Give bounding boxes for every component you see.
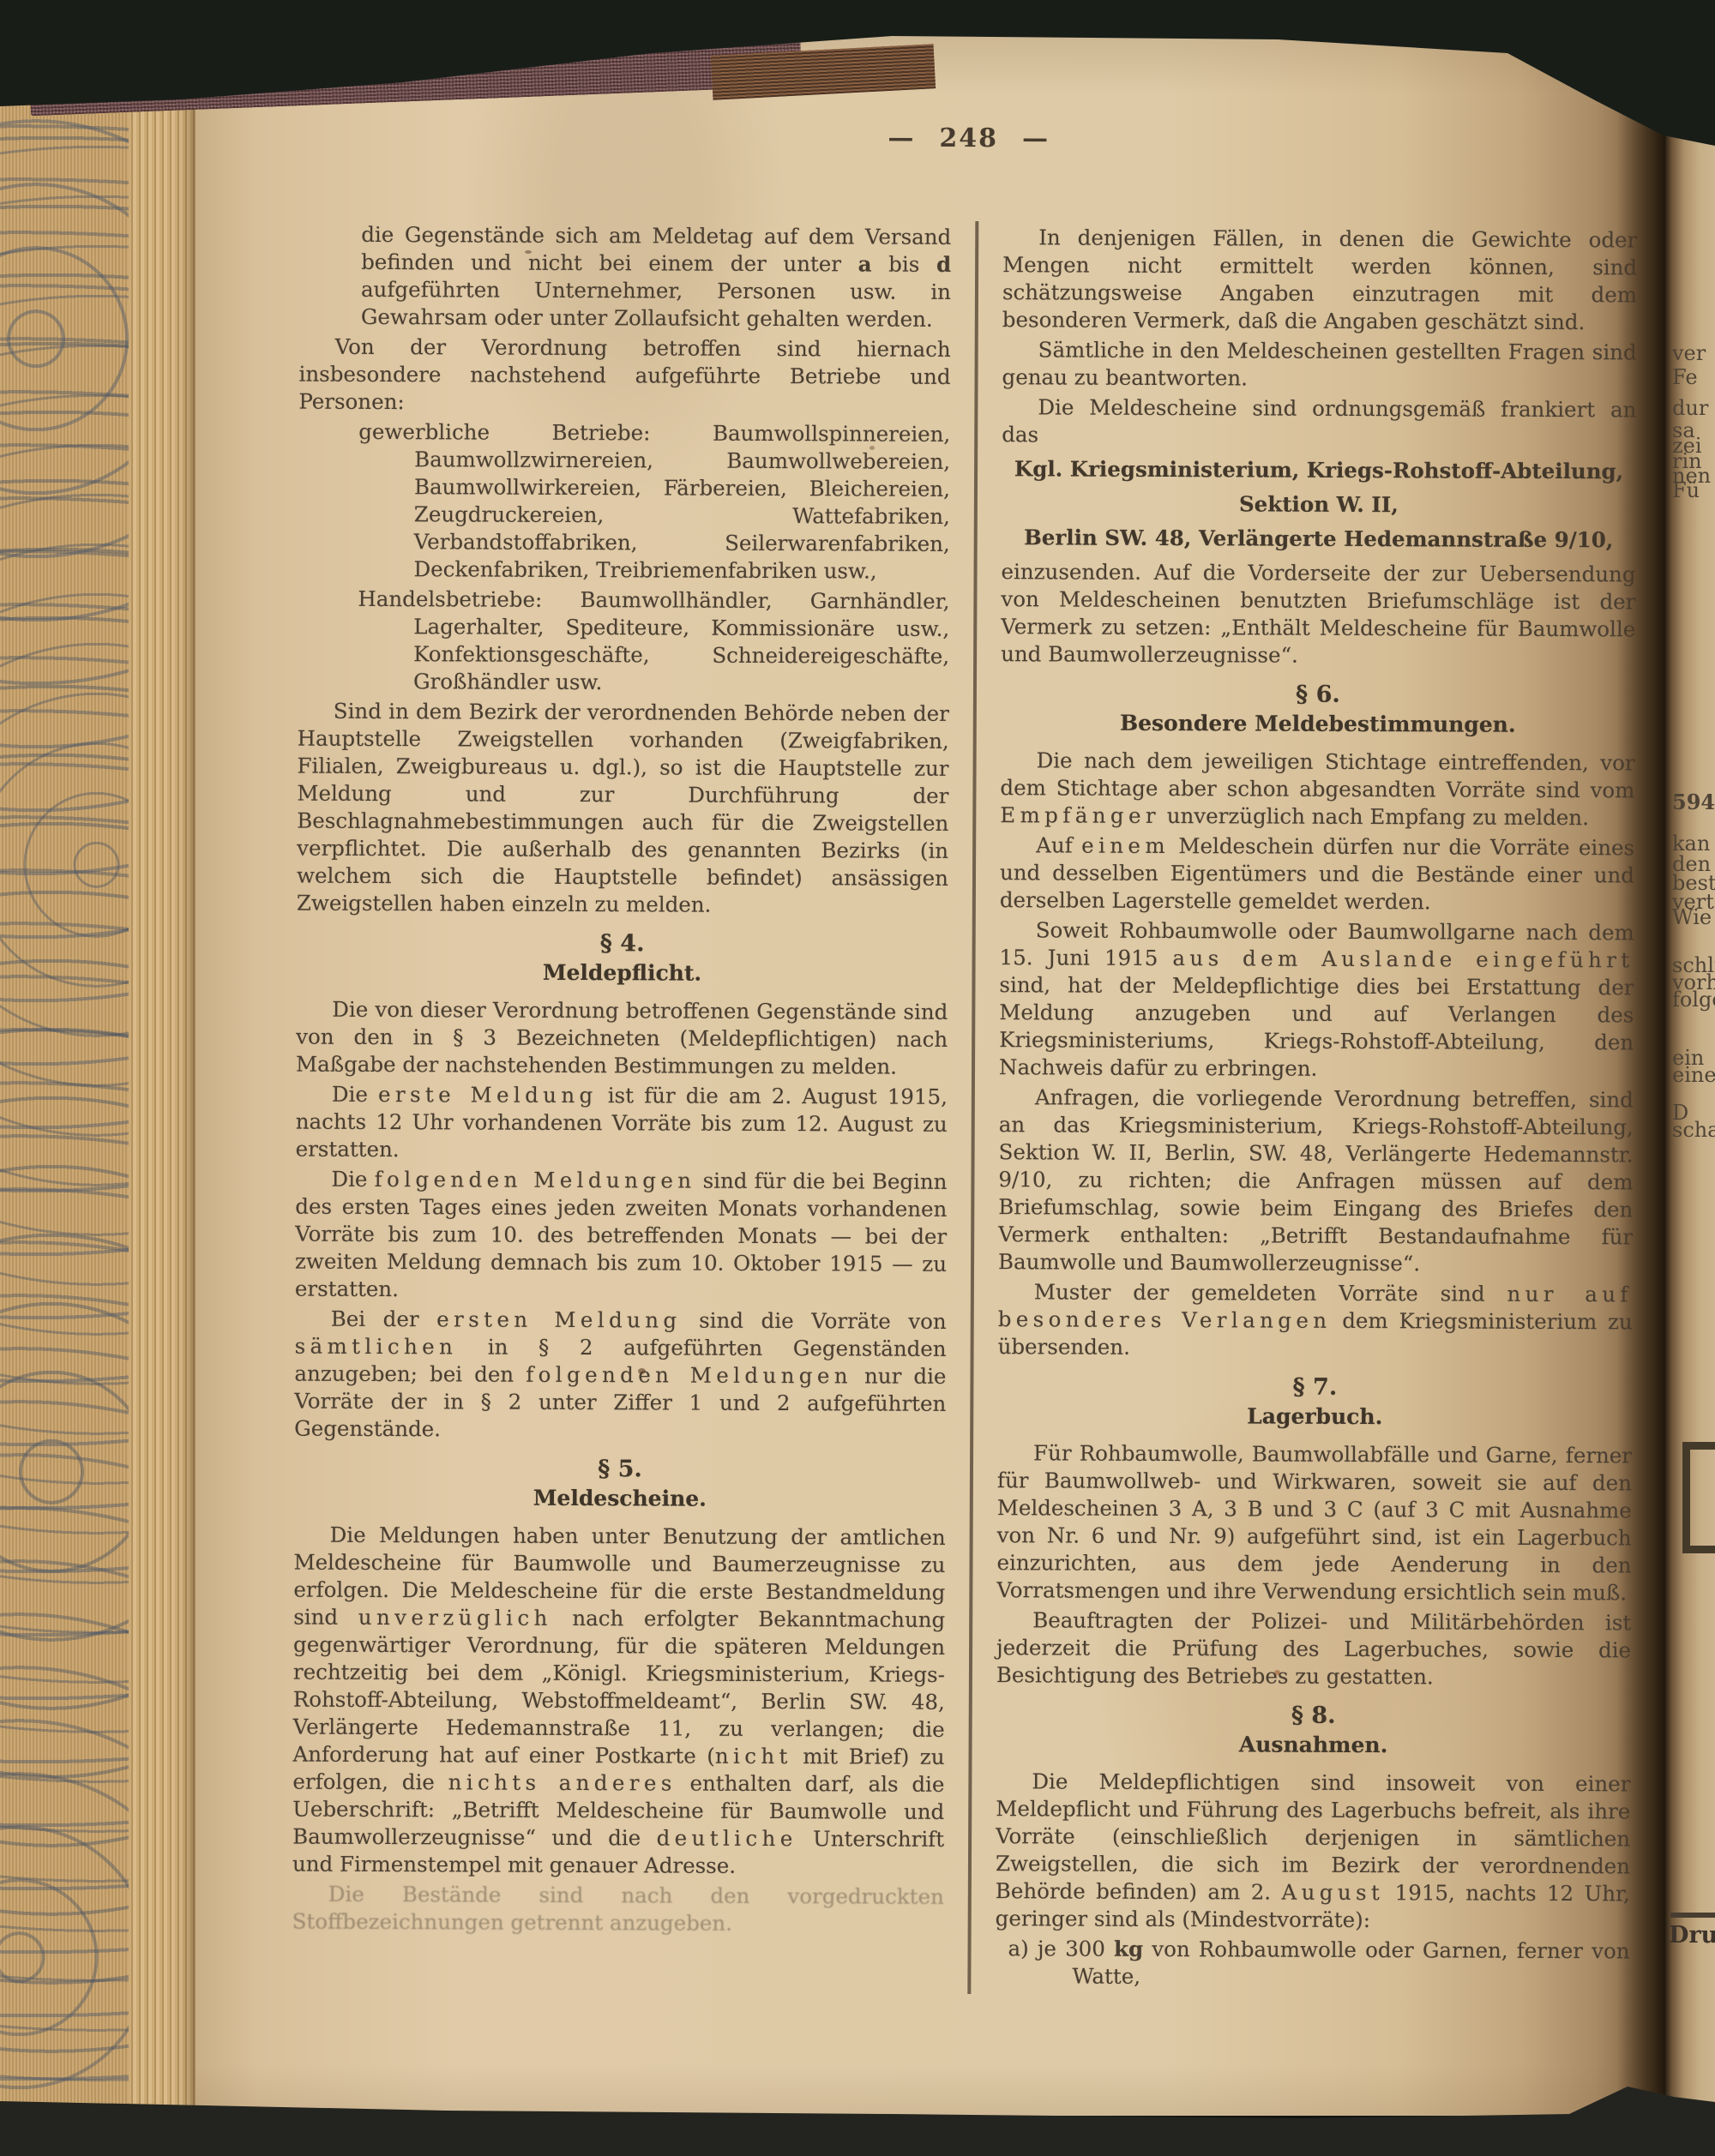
printer-imprint-rule bbox=[1670, 1913, 1715, 1918]
marbled-page-edges bbox=[0, 96, 129, 2119]
dust-speck bbox=[1274, 1670, 1280, 1675]
text-columns: die Gegenstände sich am Meldetag auf dem… bbox=[292, 219, 1637, 1996]
gutter-shadow bbox=[1617, 34, 1669, 2112]
paragraph: Handelsbetriebe: Baumwollhändler, Garnhä… bbox=[298, 586, 950, 698]
paragraph: die Gegenstände sich am Meldetag auf dem… bbox=[361, 221, 952, 333]
page-fold-strip bbox=[129, 101, 196, 2114]
next-page-text-fragment: folge bbox=[1672, 989, 1715, 1010]
section-title: Lagerbuch. bbox=[997, 1402, 1632, 1432]
paragraph: Die Meldungen haben unter Benutzung der … bbox=[292, 1522, 946, 1881]
next-page-text-fragment: Fü bbox=[1672, 480, 1700, 501]
page-header: —248— bbox=[300, 121, 1638, 157]
printer-imprint-fragment: Druc bbox=[1669, 1922, 1715, 1949]
paragraph: a) je 300 kg von Rohbaumwolle oder Garne… bbox=[995, 1935, 1629, 1992]
paragraph: Von der Verordnung betroffen sind hierna… bbox=[298, 333, 950, 418]
next-page-text-fragment: 594. bbox=[1672, 792, 1715, 813]
left-column: die Gegenstände sich am Meldetag auf dem… bbox=[292, 219, 951, 1992]
right-column: In denjenigen Fällen, in denen die Gewic… bbox=[995, 221, 1637, 1995]
header-dash-right: — bbox=[1010, 123, 1062, 153]
address-line: Kgl. Kriegsministerium, Kriegs-Rohstoff-… bbox=[1002, 455, 1636, 485]
paragraph: In denjenigen Fällen, in denen die Gewic… bbox=[1002, 224, 1638, 336]
section-number: § 5. bbox=[294, 1455, 946, 1485]
next-page-text-fragment: einer bbox=[1672, 1065, 1715, 1085]
dust-speck bbox=[638, 1368, 646, 1374]
section-number: § 8. bbox=[996, 1701, 1631, 1731]
paragraph: Muster der gemeldeten Vorräte sind nur a… bbox=[998, 1278, 1633, 1363]
paragraph: gewerbliche Betriebe: Baumwollspinnereie… bbox=[298, 418, 950, 586]
next-page-text-fragment: ver bbox=[1672, 343, 1706, 363]
paragraph: Die Bestände sind nach den vorgedruckten… bbox=[292, 1881, 944, 1938]
next-page-text-fragment: Wie bbox=[1672, 907, 1712, 928]
paragraph: Sind in dem Bezirk der verordnenden Behö… bbox=[297, 698, 949, 920]
dust-speck bbox=[870, 446, 875, 450]
address-line: Sektion W. II, bbox=[1002, 489, 1636, 519]
next-page-text-fragment: schaft bbox=[1672, 1120, 1715, 1140]
section-title: Ausnahmen. bbox=[996, 1730, 1631, 1760]
next-page-text-fragment: Fe bbox=[1672, 367, 1698, 387]
paragraph: einzusenden. Auf die Vorderseite der zur… bbox=[1001, 558, 1636, 670]
address-line: Berlin SW. 48, Verlängerte Hedemannstraß… bbox=[1002, 524, 1636, 554]
paragraph: Soweit Rohbaumwolle oder Baumwollgarne n… bbox=[999, 916, 1634, 1084]
paragraph: Die folgenden Meldungen sind für die bei… bbox=[295, 1166, 948, 1306]
paragraph: Die nach dem jeweiligen Stichtage eintre… bbox=[1000, 747, 1634, 832]
next-page-text-fragment: dur bbox=[1672, 398, 1708, 418]
paragraph: Auf einem Meldeschein dürfen nur die Vor… bbox=[1000, 832, 1634, 916]
paragraph: Anfragen, die vorliegende Verordnung bet… bbox=[998, 1084, 1634, 1278]
paragraph: Sämtliche in den Meldescheinen gestellte… bbox=[1002, 336, 1636, 393]
photo-backdrop: —248— die Gegenstände sich am Meldetag a… bbox=[0, 0, 1715, 2156]
paragraph: Die erste Meldung ist für die am 2. Augu… bbox=[296, 1081, 948, 1166]
page-content: —248— die Gegenstände sich am Meldetag a… bbox=[292, 32, 1639, 2119]
paragraph: Für Rohbaumwolle, Baumwollabfälle und Ga… bbox=[996, 1439, 1632, 1606]
section-title: Besondere Meldebestimmungen. bbox=[1001, 709, 1635, 739]
paragraph: Bei der ersten Meldung sind die Vorräte … bbox=[294, 1306, 947, 1445]
header-dash-left: — bbox=[876, 123, 927, 153]
section-number: § 7. bbox=[997, 1372, 1632, 1402]
stamp-box-outline bbox=[1682, 1442, 1715, 1553]
paragraph: Beauftragten der Polizei- und Militärbeh… bbox=[996, 1606, 1631, 1691]
section-number: § 4. bbox=[297, 929, 948, 959]
paragraph: Die von dieser Verordnung betroffenen Ge… bbox=[296, 996, 948, 1081]
next-page-text-fragment: kan bbox=[1672, 833, 1710, 854]
page-number: 248 bbox=[927, 123, 1010, 153]
section-number: § 6. bbox=[1001, 680, 1635, 710]
paragraph: Die Meldescheine sind ordnungsgemäß fran… bbox=[1002, 393, 1636, 451]
paragraph: Die Meldepflichtigen sind insoweit von e… bbox=[996, 1768, 1631, 1935]
section-title: Meldescheine. bbox=[294, 1484, 946, 1514]
dust-speck bbox=[525, 250, 532, 254]
book-page: —248— die Gegenstände sich am Meldetag a… bbox=[180, 34, 1665, 2116]
section-title: Meldepflicht. bbox=[296, 958, 948, 988]
next-page-sliver: Druc verFedursazeirinnenFü594.kandenbest… bbox=[1665, 0, 1715, 2156]
